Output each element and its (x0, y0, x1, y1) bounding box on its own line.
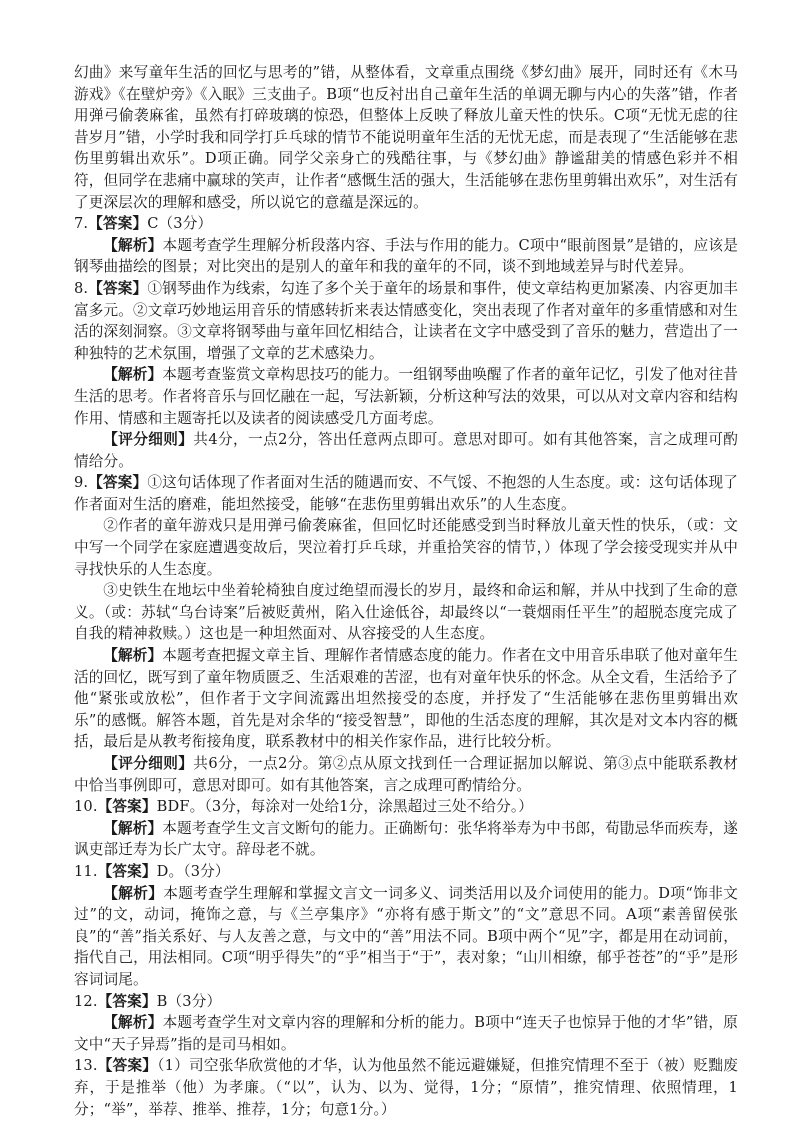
question-number: 12. (74, 993, 98, 1010)
q7-answer: 7.【答案】C（3分） (74, 213, 738, 235)
scoring-tag: 【评分细则】 (103, 755, 193, 772)
q9-answer-point-2: ②作者的童年游戏只是用弹弓偷袭麻雀，但回忆时还能感受到当时释放儿童天性的快乐，（… (74, 515, 738, 580)
answer-text: BDF。（3分，每涂对一处给1分，涂黑超过三处不给分。） (157, 798, 533, 815)
q12-answer: 12.【答案】B（3分） (74, 991, 738, 1013)
answer-tag: 【答案】 (88, 215, 147, 232)
q10-answer: 10.【答案】BDF。（3分，每涂对一处给1分，涂黑超过三处不给分。） (74, 796, 738, 818)
question-number: 11. (74, 863, 98, 880)
analysis-tag: 【解析】 (103, 237, 162, 254)
answer-tag: 【答案】 (88, 280, 147, 297)
answer-text: D。（3分） (157, 863, 230, 880)
question-number: 13. (74, 1057, 98, 1074)
question-number: 7. (74, 215, 88, 232)
q13-answer: 13.【答案】（1）司空张华欣赏他的才华，认为他虽然不能远避嫌疑，但推究情理不至… (74, 1055, 738, 1120)
q6-analysis-continuation: 幻曲》来写童年生活的回忆与思考的”错，从整体看，文章重点围绕《梦幻曲》展开，同时… (74, 62, 738, 213)
analysis-text: 本题考查学生文言文断句的能力。正确断句：张华将举寿为中书郎，荀勖忌华而疾寿，遂讽… (74, 820, 738, 859)
analysis-tag: 【解析】 (103, 366, 162, 383)
analysis-tag: 【解析】 (103, 820, 162, 837)
analysis-tag: 【解析】 (103, 1014, 162, 1031)
scoring-tag: 【评分细则】 (103, 431, 193, 448)
analysis-text: 本题考查学生理解和掌握文言文一词多义、词类活用以及介词使用的能力。D项“饰非文过… (74, 885, 738, 988)
q9-scoring: 【评分细则】共6分，一点2分。第②点从原文找到任一合理证据加以解说、第③点中能联… (74, 753, 738, 796)
q10-analysis: 【解析】本题考查学生文言文断句的能力。正确断句：张华将举寿为中书郎，荀勖忌华而疾… (74, 818, 738, 861)
q11-answer: 11.【答案】D。（3分） (74, 861, 738, 883)
analysis-text: 本题考查把握文章主旨、理解作者情感态度的能力。作者在文中用音乐串联了他对童年生活… (74, 647, 738, 750)
analysis-tag: 【解析】 (103, 885, 163, 902)
answer-tag: 【答案】 (98, 1057, 157, 1074)
q7-analysis: 【解析】本题考查学生理解分析段落内容、手法与作用的能力。C项中“眼前图景”是错的… (74, 235, 738, 278)
answer-tag: 【答案】 (98, 863, 157, 880)
q9-analysis: 【解析】本题考查把握文章主旨、理解作者情感态度的能力。作者在文中用音乐串联了他对… (74, 645, 738, 753)
answer-tag: 【答案】 (88, 474, 147, 491)
q8-scoring: 【评分细则】共4分，一点2分，答出任意两点即可。意思对即可。如有其他答案，言之成… (74, 429, 738, 472)
analysis-tag: 【解析】 (103, 647, 162, 664)
q8-answer: 8.【答案】①钢琴曲作为线索，勾连了多个关于童年的场景和事件，使文章结构更加紧凑… (74, 278, 738, 364)
answer-text: C（3分） (147, 215, 212, 232)
analysis-text: 本题考查学生理解分析段落内容、手法与作用的能力。C项中“眼前图景”是错的，应该是… (74, 237, 738, 276)
question-number: 10. (74, 798, 98, 815)
q9-answer: 9.【答案】①这句话体现了作者面对生活的随遇而安、不气馁、不抱怨的人生态度。或：… (74, 472, 738, 515)
answer-key-page: 幻曲》来写童年生活的回忆与思考的”错，从整体看，文章重点围绕《梦幻曲》展开，同时… (74, 62, 738, 1120)
q8-analysis: 【解析】本题考查鉴赏文章构思技巧的能力。一组钢琴曲唤醒了作者的童年记忆，引发了他… (74, 364, 738, 429)
q9-answer-point-3: ③史铁生在地坛中坐着轮椅独自度过绝望而漫长的岁月，最终和命运和解，并从中找到了生… (74, 580, 738, 645)
question-number: 8. (74, 280, 88, 297)
analysis-text: 本题考查鉴赏文章构思技巧的能力。一组钢琴曲唤醒了作者的童年记忆，引发了他对往昔生… (74, 366, 738, 426)
answer-text: ①钢琴曲作为线索，勾连了多个关于童年的场景和事件，使文章结构更加紧凑、内容更加丰… (74, 280, 738, 362)
analysis-text: 本题考查学生对文章内容的理解和分析的能力。B项中“连天子也惊异于他的才华”错，原… (74, 1014, 738, 1053)
question-number: 9. (74, 474, 88, 491)
q11-analysis: 【解析】本题考查学生理解和掌握文言文一词多义、词类活用以及介词使用的能力。D项“… (74, 883, 738, 991)
answer-text: B（3分） (157, 993, 222, 1010)
answer-tag: 【答案】 (98, 798, 157, 815)
answer-text: （1）司空张华欣赏他的才华，认为他虽然不能远避嫌疑，但推究情理不至于（被）贬黜废… (74, 1057, 738, 1117)
q12-analysis: 【解析】本题考查学生对文章内容的理解和分析的能力。B项中“连天子也惊异于他的才华… (74, 1012, 738, 1055)
answer-tag: 【答案】 (98, 993, 157, 1010)
answer-point-1: ①这句话体现了作者面对生活的随遇而安、不气馁、不抱怨的人生态度。或：这句话体现了… (74, 474, 738, 513)
